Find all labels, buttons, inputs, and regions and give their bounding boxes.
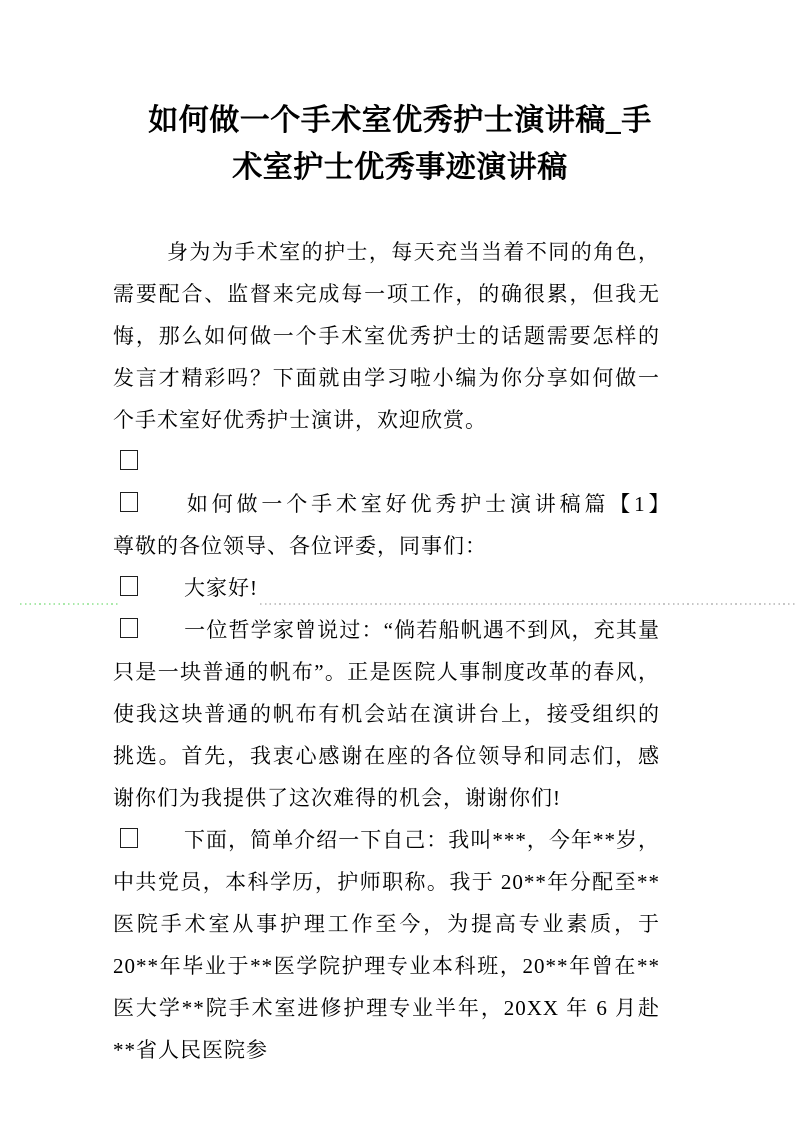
document-body: 身为为手术室的护士，每天充当当着不同的角色，需要配合、监督来完成每一项工作，的确… xyxy=(113,231,660,1071)
paragraph-philosopher-quote: 一位哲学家曾说过：“倘若船帆遇不到风，充其量只是一块普通的帆布”。正是医院人事制… xyxy=(113,609,660,819)
paragraph-section-heading: 如何做一个手术室好优秀护士演讲稿篇【1】 尊敬的各位领导、各位评委，同事们： xyxy=(113,483,660,567)
paragraph-self-introduction: 下面，简单介绍一下自己：我叫***，今年**岁，中共党员，本科学历，护师职称。我… xyxy=(113,819,660,1071)
empty-box-glyph xyxy=(120,450,138,470)
paragraph-text: 下面，简单介绍一下自己：我叫***，今年**岁，中共党员，本科学历，护师职称。我… xyxy=(113,828,660,1062)
paragraph-greeting: 大家好! xyxy=(113,567,660,609)
empty-box-glyph xyxy=(120,828,138,848)
paragraph-text: 身为为手术室的护士，每天充当当着不同的角色，需要配合、监督来完成每一项工作，的确… xyxy=(113,240,660,432)
document-page: 如何做一个手术室优秀护士演讲稿_手术室护士优秀事迹演讲稿 身为为手术室的护士，每… xyxy=(0,0,800,1132)
dotted-line-green-segment xyxy=(20,603,120,605)
empty-box-glyph xyxy=(120,618,138,638)
paragraph-text: 大家好! xyxy=(184,576,258,600)
empty-box-glyph xyxy=(120,576,138,596)
paragraph-empty-line xyxy=(113,441,660,483)
empty-box-glyph xyxy=(120,492,138,512)
document-title: 如何做一个手术室优秀护士演讲稿_手术室护士优秀事迹演讲稿 xyxy=(144,97,656,191)
paragraph-intro: 身为为手术室的护士，每天充当当着不同的角色，需要配合、监督来完成每一项工作，的确… xyxy=(113,231,660,441)
paragraph-text: 如何做一个手术室好优秀护士演讲稿篇【1】 尊敬的各位领导、各位评委，同事们： xyxy=(113,492,704,558)
paragraph-text: 一位哲学家曾说过：“倘若船帆遇不到风，充其量只是一块普通的帆布”。正是医院人事制… xyxy=(113,618,660,810)
